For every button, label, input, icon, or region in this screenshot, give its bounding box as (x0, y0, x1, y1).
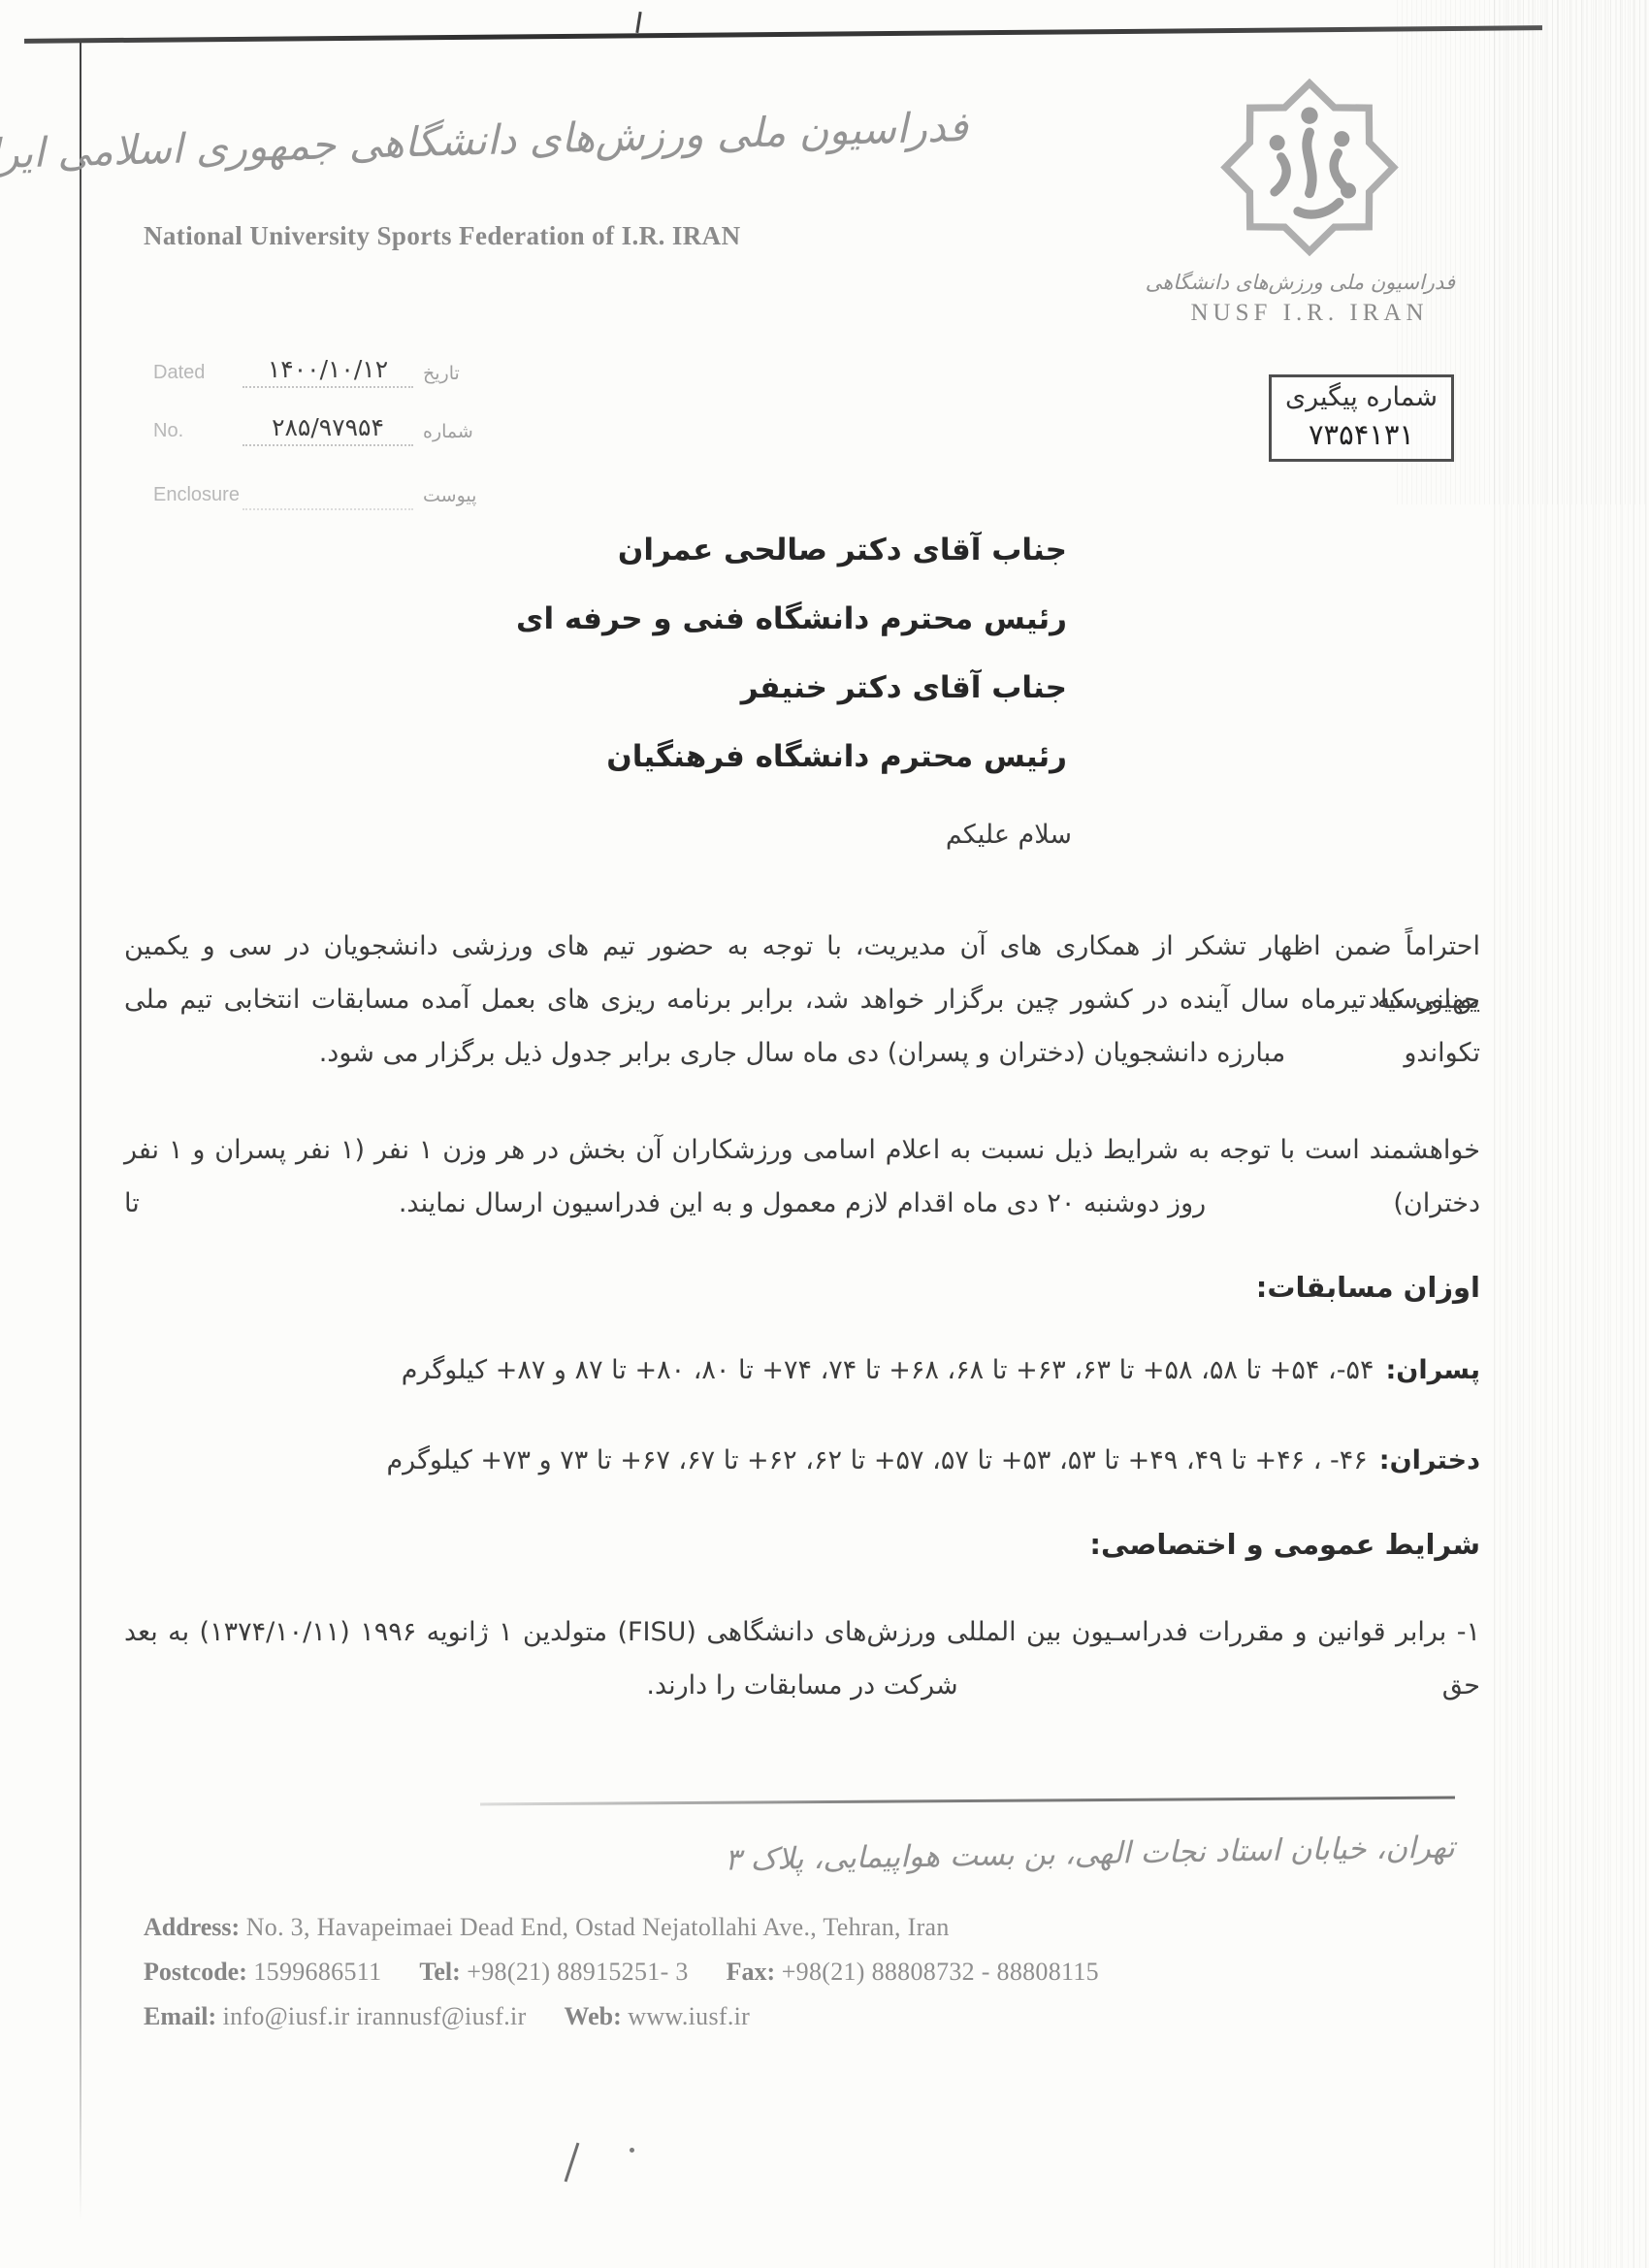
postcode-label: Postcode: (144, 1958, 247, 1986)
letter-body: احتراماً ضمن اظهار تشکر از همکاری های آن… (124, 920, 1480, 1712)
condition1-line1: ۱- برابر قوانین و مقررات فدراسـیون بین ا… (124, 1605, 1480, 1659)
logo-caption-english: NUSF I.R. IRAN (1164, 300, 1455, 327)
footer-contact-block: Address: No. 3, Havapeimaei Dead End, Os… (144, 1905, 1099, 2039)
condition1-line2: شرکت در مسابقات را دارند. (124, 1659, 1480, 1712)
boys-weights-line: پسران:۵۴-، ۵۴+ تا ۵۸، ۵۸+ تا ۶۳، ۶۳+ تا … (124, 1344, 1480, 1397)
boys-label: پسران: (1385, 1355, 1480, 1385)
scan-artifact-top-line (24, 25, 1542, 44)
scan-artifact-left-line (80, 43, 81, 2220)
fax-value: +98(21) 88808732 - 88808115 (782, 1958, 1099, 1986)
paragraph1-line3: مبارزه دانشجویان (دختران و پسران) دی ماه… (124, 1026, 1480, 1080)
number-value: ۲۸۵/۹۷۹۵۴ (242, 413, 413, 446)
meta-row-enclosure: Enclosure پیوست (153, 460, 479, 510)
footer-divider-line (480, 1796, 1455, 1805)
footer-address-line: Address: No. 3, Havapeimaei Dead End, Os… (144, 1905, 1099, 1950)
logo-caption-persian: فدراسیون ملی ورزش‌های دانشگاهی (1164, 271, 1455, 294)
recipient-name-1: جناب آقای دکتر صالحی عمران (516, 516, 1067, 585)
scan-artifact-bottom-dot (630, 2148, 634, 2153)
footer-persian-address: تهران، خیابان استاد نجات الهی، بن بست هو… (725, 1830, 1455, 1877)
weights-heading: اوزان مسابقات: (124, 1261, 1480, 1314)
scanned-letter-page: فدراسیون ملی ورزش‌های دانشگاهی جمهوری اس… (0, 0, 1649, 2268)
letterhead-persian-calligraphy: فدراسیون ملی ورزش‌های دانشگاهی جمهوری اس… (133, 103, 968, 174)
footer-phone-line: Postcode: 1599686511 Tel: +98(21) 889152… (144, 1950, 1099, 1994)
footer-email-line: Email: info@iusf.ir irannusf@iusf.ir Web… (144, 1994, 1099, 2039)
number-label-en: No. (153, 420, 242, 446)
address-label: Address: (144, 1913, 240, 1941)
postcode-value: 1599686511 (253, 1958, 381, 1986)
enclosure-label-fa: پیوست (413, 485, 479, 510)
recipient-title-1: رئیس محترم دانشگاه فنی و حرفه ای (516, 585, 1067, 654)
recipient-title-2: رئیس محترم دانشگاه فرهنگیان (516, 723, 1067, 792)
boys-weights-text: ۵۴-، ۵۴+ تا ۵۸، ۵۸+ تا ۶۳، ۶۳+ تا ۶۸، ۶۸… (402, 1355, 1374, 1385)
scan-artifact-top-tick (635, 12, 641, 33)
girls-weights-line: دختران:۴۶- ، ۴۶+ تا ۴۹، ۴۹+ تا ۵۳، ۵۳+ ت… (124, 1434, 1480, 1487)
girls-weights-text: ۴۶- ، ۴۶+ تا ۴۹، ۴۹+ تا ۵۳، ۵۳+ تا ۵۷، ۵… (386, 1445, 1367, 1475)
meta-row-dated: Dated ۱۴۰۰/۱۰/۱۲ تاریخ (153, 338, 479, 388)
letter-meta-fields: Dated ۱۴۰۰/۱۰/۱۲ تاریخ No. ۲۸۵/۹۷۹۵۴ شما… (153, 338, 479, 518)
web-value: www.iusf.ir (628, 2002, 750, 2030)
recipients-block: جناب آقای دکتر صالحی عمران رئیس محترم دا… (516, 516, 1067, 792)
scan-artifact-bottom-slash (565, 2143, 580, 2183)
dated-label-en: Dated (153, 362, 242, 388)
email-label: Email: (144, 2002, 216, 2030)
conditions-heading: شرایط عمومی و اختصاصی: (124, 1518, 1480, 1571)
fax-label: Fax: (727, 1958, 776, 1986)
girls-label: دختران: (1379, 1445, 1480, 1475)
tel-label: Tel: (419, 1958, 460, 1986)
recipient-name-2: جناب آقای دکتر خنیفر (516, 654, 1067, 723)
greeting-line: سلام علیکم (946, 820, 1072, 850)
paragraph1-line2: جهانی که تیرماه سال آینده در کشور چین بر… (124, 973, 1480, 1026)
enclosure-value (242, 477, 413, 510)
enclosure-label-en: Enclosure (153, 484, 242, 510)
paragraph2-line1: خواهشمند است با توجه به شرایط ذیل نسبت ب… (124, 1123, 1480, 1177)
meta-row-number: No. ۲۸۵/۹۷۹۵۴ شماره (153, 396, 479, 446)
paragraph1-line1: احتراماً ضمن اظهار تشکر از همکاری های آن… (124, 920, 1480, 973)
email-value: info@iusf.ir irannusf@iusf.ir (223, 2002, 527, 2030)
tracking-number-box: شماره پیگیری ۷۳۵۴۱۳۱ (1269, 374, 1454, 462)
address-value: No. 3, Havapeimaei Dead End, Ostad Nejat… (246, 1913, 950, 1941)
web-label: Web: (565, 2002, 622, 2030)
letterhead-english-title: National University Sports Federation of… (144, 221, 740, 251)
dated-value: ۱۴۰۰/۱۰/۱۲ (242, 355, 413, 388)
nusf-logo-block: فدراسیون ملی ورزش‌های دانشگاهی NUSF I.R.… (1164, 68, 1455, 327)
tracking-number-value: ۷۳۵۴۱۳۱ (1285, 418, 1438, 451)
tracking-number-label: شماره پیگیری (1285, 382, 1438, 412)
nusf-star-logo-icon (1212, 68, 1406, 267)
tel-value: +98(21) 88915251- 3 (467, 1958, 688, 1986)
number-label-fa: شماره (413, 421, 479, 446)
dated-label-fa: تاریخ (413, 363, 479, 388)
